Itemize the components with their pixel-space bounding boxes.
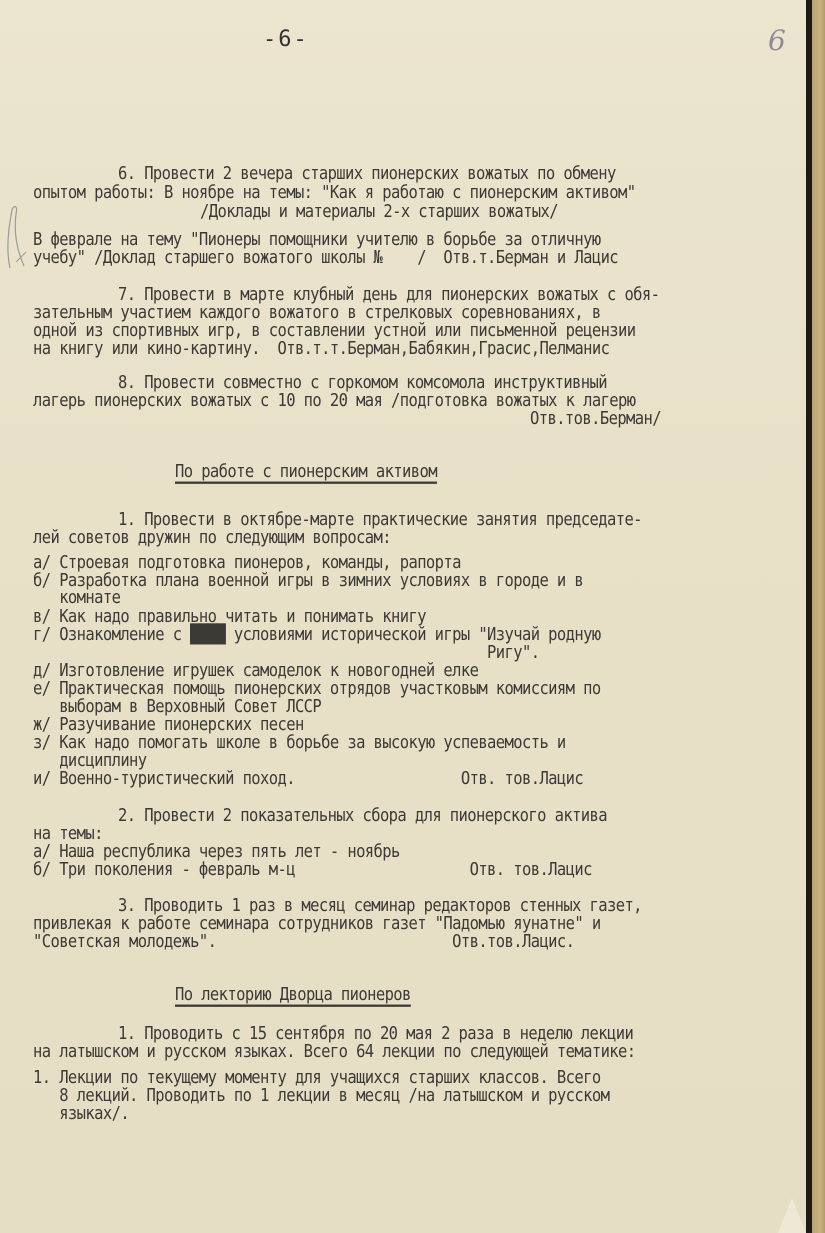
margin-pencil-mark-icon xyxy=(2,200,30,270)
item6-line5: учебу" /Доклад старшего вожатого школы №… xyxy=(33,248,618,268)
item6-line3: /Доклады и материалы 2-х старших вожатых… xyxy=(200,202,558,222)
item6-line2: опытом работы: В ноябре на темы: "Как я … xyxy=(33,183,636,203)
section-heading-pioneer-active: По работе с пионерским активом xyxy=(175,462,437,482)
lectures-subitem1-line3: языках/. xyxy=(33,1104,129,1124)
subitem-b-cont: комнате xyxy=(33,588,120,608)
item6-line1: 6. Провести 2 вечера старших пионерских … xyxy=(118,164,616,184)
handwritten-page-number: 6 xyxy=(768,24,786,57)
section-heading-lectures: По лекторию Дворца пионеров xyxy=(175,985,411,1005)
item8-line3: Отв.тов.Берман/ xyxy=(530,409,661,429)
active-item1-line2: лей советов дружин по следующим вопросам… xyxy=(33,528,391,548)
page-number: -6- xyxy=(263,27,309,52)
binding-edge xyxy=(812,0,825,1233)
lectures-item1-line2: на латышском и русском языках. Всего 64 … xyxy=(33,1042,636,1062)
document-page: -6- 6 6. Провести 2 вечера старших пионе… xyxy=(0,0,808,1233)
active-item2-line4: б/ Три поколения - февраль м-ц Отв. тов.… xyxy=(33,860,592,880)
active-item2-line1: 2. Провести 2 показательных сбора для пи… xyxy=(118,806,607,826)
item7-line4: на книгу или кино-картину. Отв.т.т.Берма… xyxy=(33,339,609,359)
page-corner-fold xyxy=(778,1198,806,1233)
subitem-i: и/ Военно-туристический поход. Отв. тов.… xyxy=(33,769,583,789)
active-item3-line3: "Советская молодежь". Отв.тов.Лацис. xyxy=(33,932,574,952)
